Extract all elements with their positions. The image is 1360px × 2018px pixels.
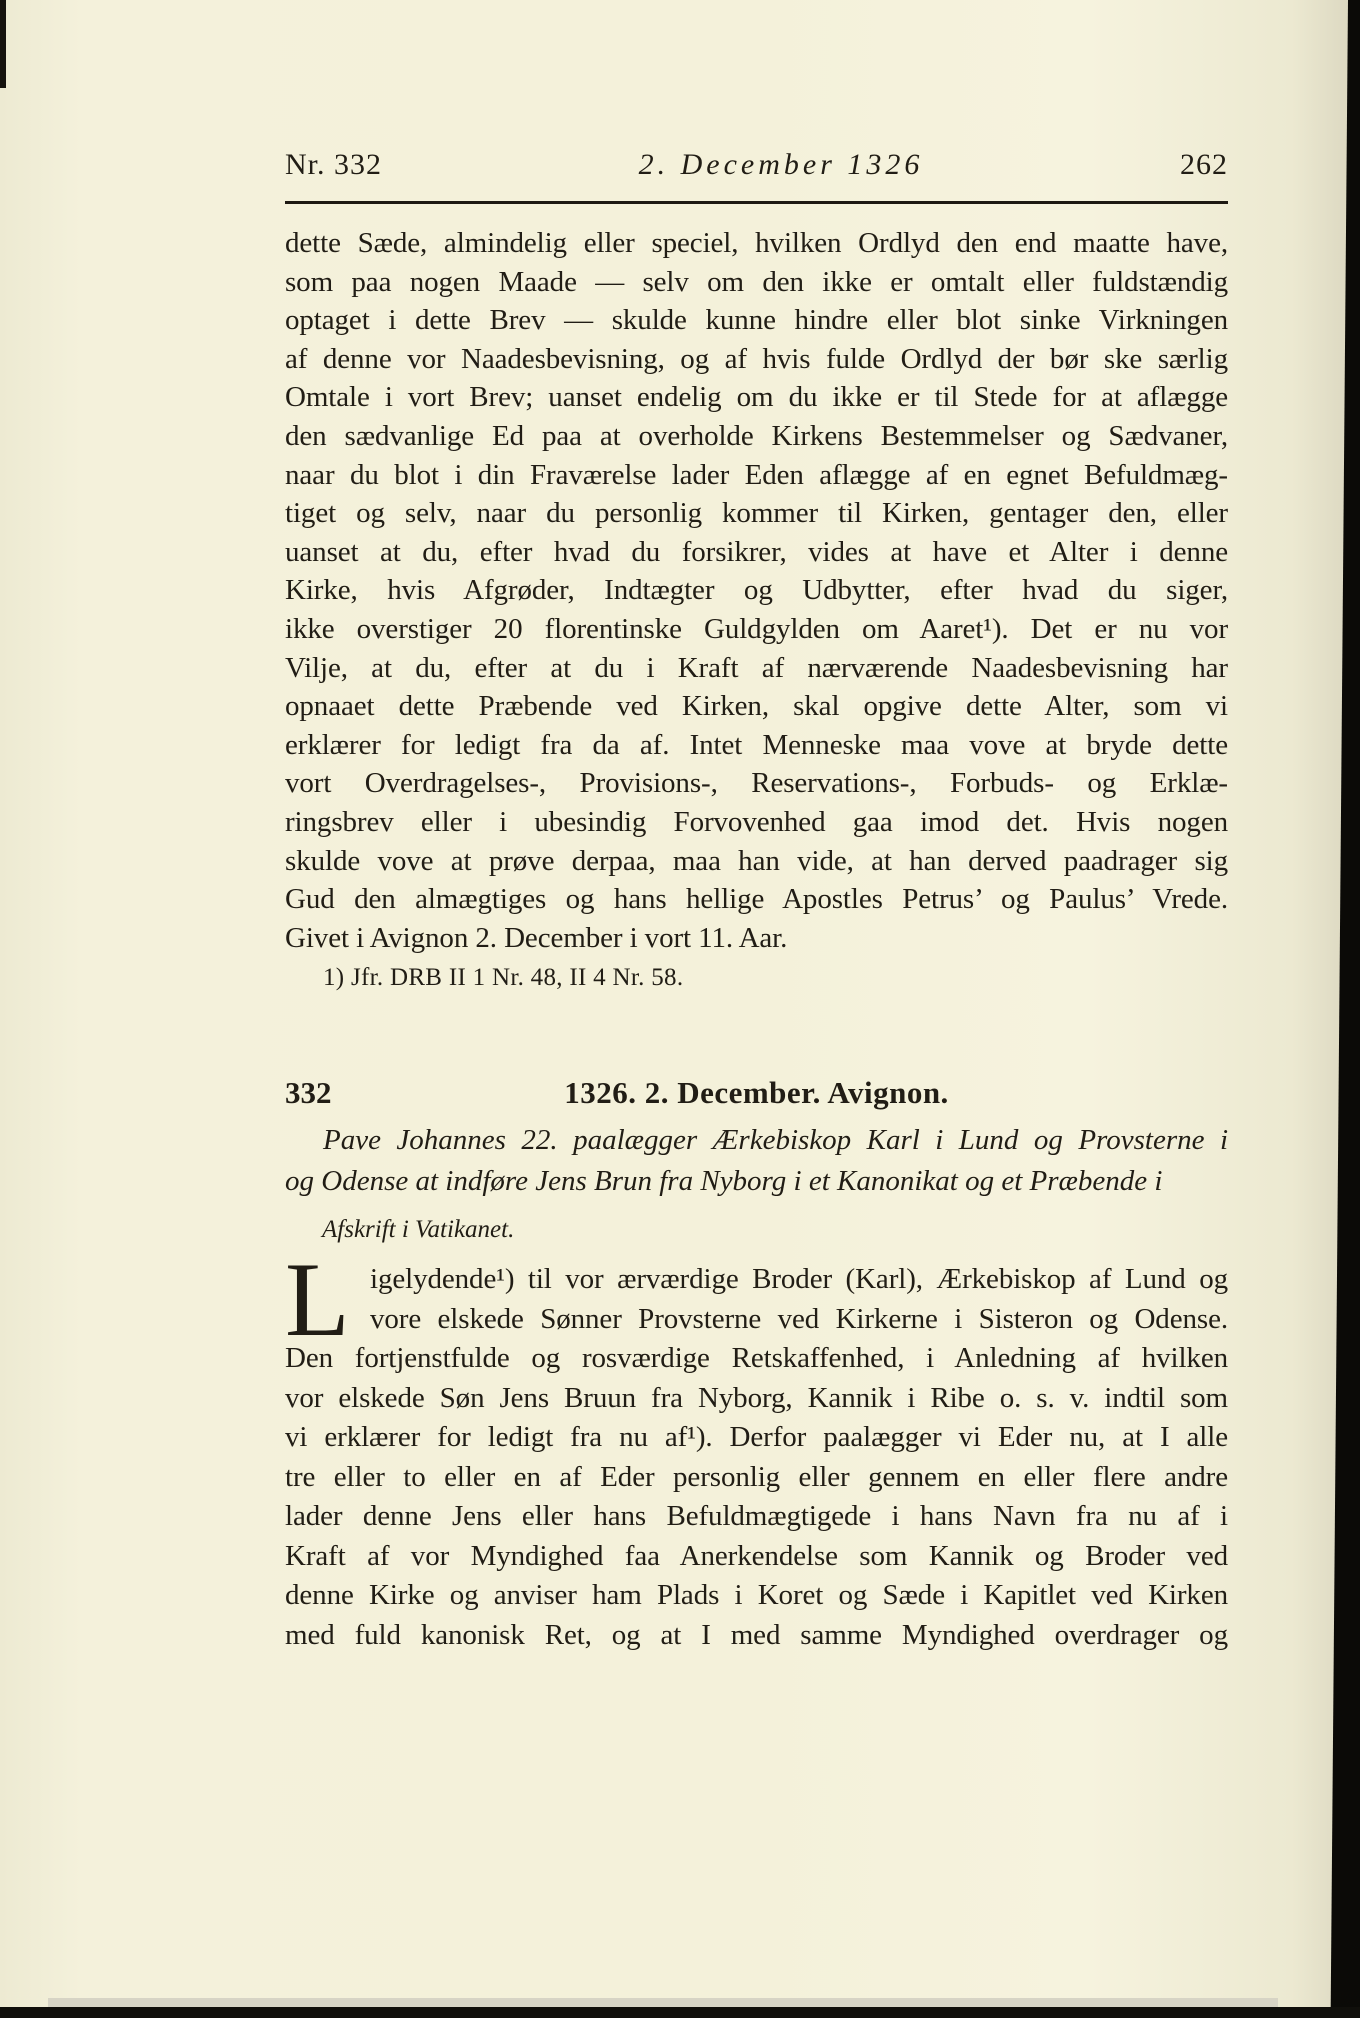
text-line: tre eller to eller en af Eder personlig … xyxy=(285,1458,1228,1498)
scanned-book-page: Nr. 332 2. December 1326 262 dette Sæde,… xyxy=(0,0,1360,2018)
text-line: denne Kirke og anviser ham Plads i Koret… xyxy=(285,1576,1228,1616)
summary-line: og Odense at indføre Jens Brun fra Nybor… xyxy=(285,1161,1228,1202)
entry-body-paragraph: L igelydende¹) til vor ærværdige Broder … xyxy=(285,1260,1228,1655)
text-line: igelydende¹) til vor ærværdige Broder (K… xyxy=(285,1260,1228,1300)
scan-edge-right xyxy=(1330,0,1360,2018)
text-line: Omtale i vort Brev; uanset endelig om du… xyxy=(285,378,1228,417)
text-line: vor elskede Søn Jens Bruun fra Nyborg, K… xyxy=(285,1379,1228,1419)
text-line: lader denne Jens eller hans Befuldmægtig… xyxy=(285,1497,1228,1537)
running-date-header: 2. December 1326 xyxy=(639,148,924,182)
text-line: som paa nogen Maade — selv om den ikke e… xyxy=(285,263,1228,302)
text-line: med fuld kanonisk Ret, og at I med samme… xyxy=(285,1616,1228,1656)
source-note: Afskrift i Vatikanet. xyxy=(322,1215,514,1245)
text-line: tiget og selv, naar du personlig kommer … xyxy=(285,494,1228,533)
text-line: Kraft af vor Myndighed faa Anerkendelse … xyxy=(285,1537,1228,1577)
footnote: 1) Jfr. DRB II 1 Nr. 48, II 4 Nr. 58. xyxy=(323,963,683,993)
page-number: 262 xyxy=(1180,148,1228,182)
drop-cap-initial: L xyxy=(285,1261,350,1339)
text-line: vore elskede Sønner Provsterne ved Kirke… xyxy=(285,1300,1228,1340)
text-line: Gud den almægtiges og hans hellige Apost… xyxy=(285,880,1228,919)
text-line: naar du blot i din Fraværelse lader Eden… xyxy=(285,456,1228,495)
entry-heading: 332 1326. 2. December. Avignon. xyxy=(285,1075,1228,1111)
document-number-header: Nr. 332 xyxy=(285,148,382,182)
text-line: dette Sæde, almindelig eller speciel, hv… xyxy=(285,224,1228,263)
paragraph-final-line: Givet i Avignon 2. December i vort 11. A… xyxy=(285,919,1228,958)
text-line: Vilje, at du, efter at du i Kraft af nær… xyxy=(285,649,1228,688)
summary-line: Pave Johannes 22. paalægger Ærkebiskop K… xyxy=(285,1120,1228,1161)
text-line: skulde vove at prøve derpaa, maa han vid… xyxy=(285,842,1228,881)
text-line: uanset at du, efter hvad du forsikrer, v… xyxy=(285,533,1228,572)
entry-summary: Pave Johannes 22. paalægger Ærkebiskop K… xyxy=(285,1120,1228,1201)
text-line: den sædvanlige Ed paa at overholde Kirke… xyxy=(285,417,1228,456)
header-rule xyxy=(285,201,1228,204)
page-header: Nr. 332 2. December 1326 262 xyxy=(285,148,1228,182)
scan-edge-left xyxy=(0,0,6,88)
text-line: ringsbrev eller i ubesindig Forvovenhed … xyxy=(285,803,1228,842)
entry-date-place: 1326. 2. December. Avignon. xyxy=(285,1075,1228,1111)
text-line: Kirke, hvis Afgrøder, Indtægter og Udbyt… xyxy=(285,571,1228,610)
text-line: ikke overstiger 20 florentinske Guldgyld… xyxy=(285,610,1228,649)
continued-paragraph-lines: dette Sæde, almindelig eller speciel, hv… xyxy=(285,224,1228,919)
scan-edge-bottom xyxy=(0,2007,1360,2018)
text-line: opnaaet dette Præbende ved Kirken, skal … xyxy=(285,687,1228,726)
text-line: vi erklærer for ledigt fra nu af¹). Derf… xyxy=(285,1418,1228,1458)
text-line: optaget i dette Brev — skulde kunne hind… xyxy=(285,301,1228,340)
entry-body-lines: Den fortjenstfulde og rosværdige Retskaf… xyxy=(285,1339,1228,1655)
scan-edge-bottom-highlight xyxy=(48,1998,1278,2007)
text-line: Den fortjenstfulde og rosværdige Retskaf… xyxy=(285,1339,1228,1379)
text-line: vort Overdragelses-, Provisions-, Reserv… xyxy=(285,764,1228,803)
text-line: erklærer for ledigt fra da af. Intet Men… xyxy=(285,726,1228,765)
continued-paragraph: dette Sæde, almindelig eller speciel, hv… xyxy=(285,224,1228,957)
entry-number: 332 xyxy=(285,1075,332,1111)
text-line: af denne vor Naadesbevisning, og af hvis… xyxy=(285,340,1228,379)
